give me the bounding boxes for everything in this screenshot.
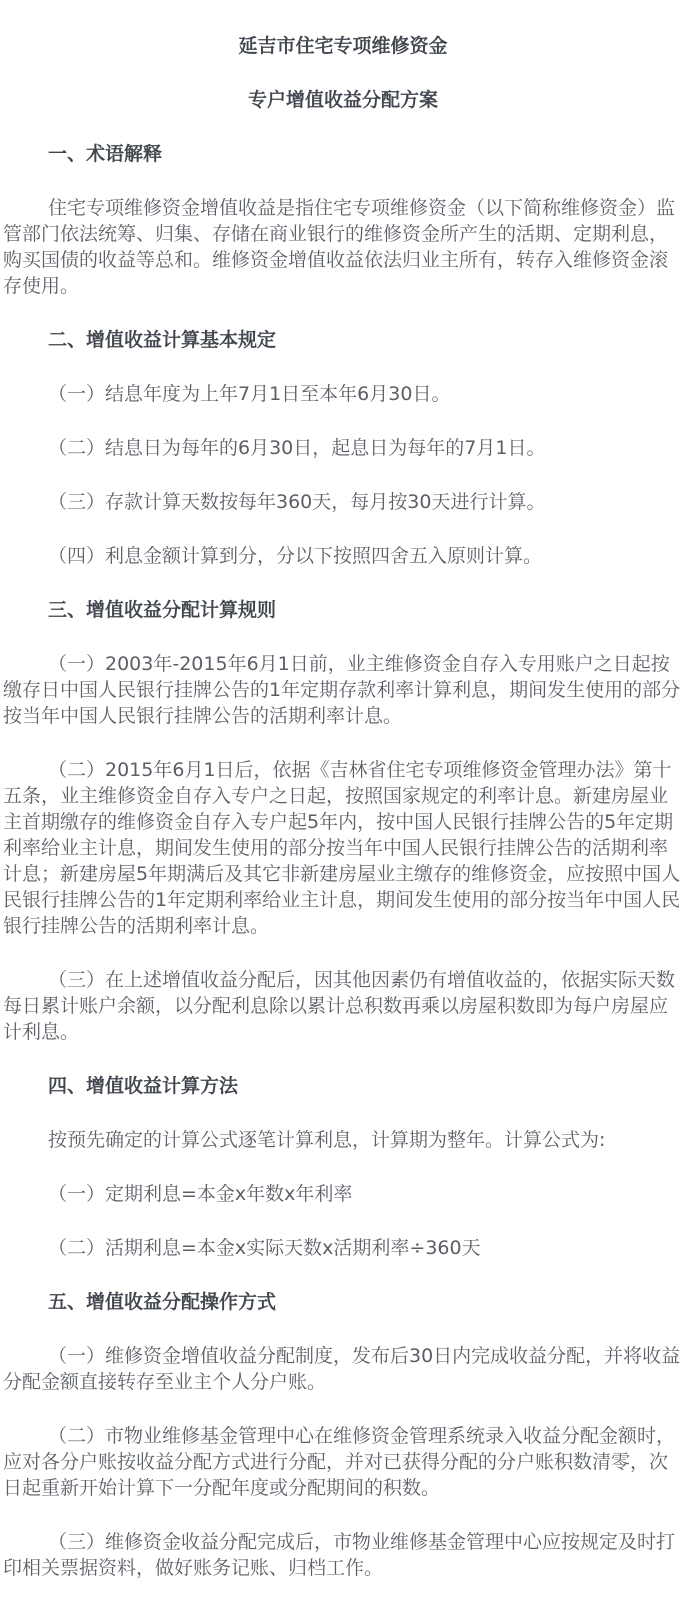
body-paragraph: （二）结息日为每年的6月30日，起息日为每年的7月1日。 [3,435,683,461]
section-heading: 三、增值收益分配计算规则 [3,597,683,623]
body-paragraph: （二）2015年6月1日后，依据《吉林省住宅专项维修资金管理办法》第十五条，业主… [3,757,683,939]
body-paragraph: 按预先确定的计算公式逐笔计算利息，计算期为整年。计算公式为: [3,1127,683,1153]
body-paragraph: （三）维修资金收益分配完成后，市物业维修基金管理中心应按规定及时打印相关票据资料… [3,1529,683,1581]
body-paragraph: （一）结息年度为上年7月1日至本年6月30日。 [3,381,683,407]
section-heading: 二、增值收益计算基本规定 [3,327,683,353]
body-paragraph: （四）利息金额计算到分，分以下按照四舍五入原则计算。 [3,543,683,569]
section-heading: 一、术语解释 [3,141,683,167]
doc-title: 专户增值收益分配方案 [3,87,683,113]
section-heading: 五、增值收益分配操作方式 [3,1289,683,1315]
doc-title: 延吉市住宅专项维修资金 [3,33,683,59]
body-paragraph: （一）维修资金增值收益分配制度，发布后30日内完成收益分配，并将收益分配金额直接… [3,1343,683,1395]
body-paragraph: （二）市物业维修基金管理中心在维修资金管理系统录入收益分配金额时，应对各分户账按… [3,1423,683,1501]
body-paragraph: （一）2003年-2015年6月1日前，业主维修资金自存入专用账户之日起按缴存日… [3,651,683,729]
document-article: 延吉市住宅专项维修资金专户增值收益分配方案一、术语解释住宅专项维修资金增值收益是… [3,33,683,1581]
body-paragraph: （一）定期利息=本金x年数x年利率 [3,1181,683,1207]
body-paragraph: （三）存款计算天数按每年360天，每月按30天进行计算。 [3,489,683,515]
body-paragraph: （三）在上述增值收益分配后，因其他因素仍有增值收益的，依据实际天数每日累计账户余… [3,967,683,1045]
body-paragraph: 住宅专项维修资金增值收益是指住宅专项维修资金（以下简称维修资金）监管部门依法统筹… [3,195,683,299]
body-paragraph: （二）活期利息=本金x实际天数x活期利率÷360天 [3,1235,683,1261]
section-heading: 四、增值收益计算方法 [3,1073,683,1099]
document-page: 延吉市住宅专项维修资金专户增值收益分配方案一、术语解释住宅专项维修资金增值收益是… [0,0,686,1617]
